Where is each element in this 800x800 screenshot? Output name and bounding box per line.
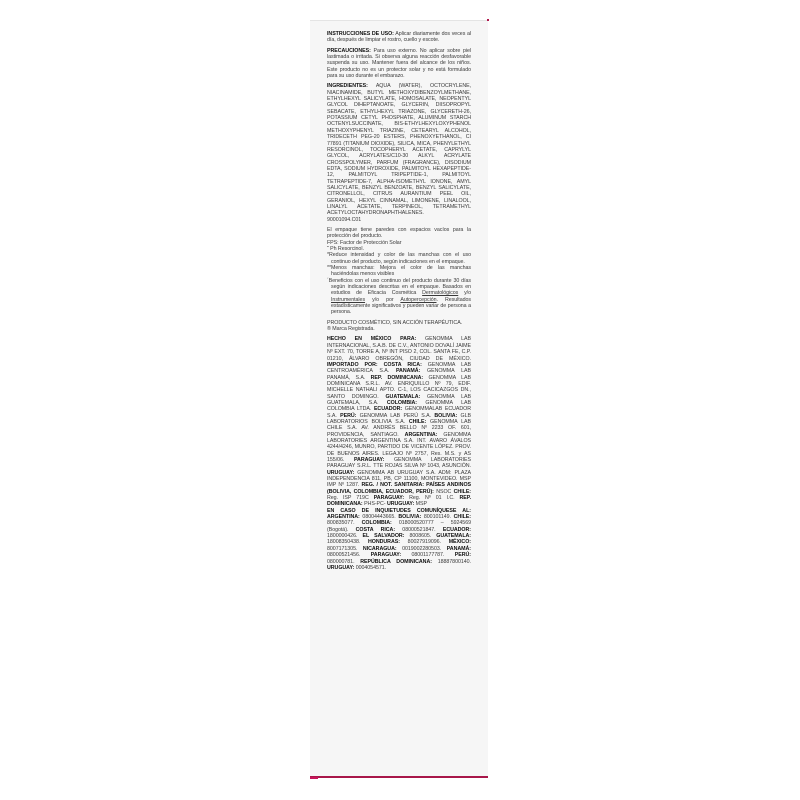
panel-corner-mark xyxy=(487,19,489,21)
entry-text: 0004054571. xyxy=(356,565,386,571)
benefits-term-selfperception: Autopercepción xyxy=(400,297,436,303)
note-item: El empaque tiene paredes con espacios va… xyxy=(327,227,471,240)
country-label: MÉXICO: xyxy=(449,539,471,545)
ingredients-text: AQUA (WATER), OCTOCRYLENE, NIACINAMIDE, … xyxy=(327,83,471,216)
contact-entry: BOLIVIA: 800101149. xyxy=(398,514,453,520)
entry-text: 800101149. xyxy=(424,514,454,520)
note-item: **Menos manchas: Mejora el color de las … xyxy=(327,265,471,278)
country-label: ARGENTINA: xyxy=(327,514,362,520)
precautions-label: PRECAUCIONES: xyxy=(327,48,371,54)
precautions-section: PRECAUCIONES: Para uso externo. No aplic… xyxy=(327,48,471,80)
entry-text: 08000521847. xyxy=(402,527,443,533)
contact-entry: REPÚBLICA DOMINICANA: 18887800140. xyxy=(360,559,471,565)
cosmetic-notice: PRODUCTO COSMÉTICO, SIN ACCIÓN TERAPÉUTI… xyxy=(327,320,462,326)
ingredients-label: INGREDIENTES: xyxy=(327,83,368,89)
entry-text: 18887800140. xyxy=(438,559,471,565)
contact-entry: NICARAGUA: 0019002280503. xyxy=(363,546,447,552)
country-label: BOLIVIA: xyxy=(434,413,460,419)
contact-entry: PARAGUAY: 08001177787. xyxy=(371,552,455,558)
country-label: COLOMBIA: xyxy=(387,400,426,406)
country-label: PANAMÁ: xyxy=(447,546,471,552)
entry-text: 08000521456. xyxy=(327,552,371,558)
contact-entry: ARGENTINA: 08004443665. xyxy=(327,514,398,520)
note-item: *Reduce intensidad y color de las mancha… xyxy=(327,252,471,265)
contact-list: ARGENTINA: 08004443665. BOLIVIA: 8001011… xyxy=(327,514,471,571)
label-text: INSTRUCCIONES DE USO: Aplicar diariament… xyxy=(327,31,471,575)
registration-entry: PARAGUAY: Reg. Nº 01 I.C. xyxy=(374,495,460,501)
importer-entry: PERÚ: GENOMMA LAB PERÚ S.A. xyxy=(340,413,434,419)
entry-text: 080000781. xyxy=(327,559,360,565)
ingredients-code: 90001094.C01 xyxy=(327,217,361,223)
benefits-note: ´Beneficios con el uso continuo del prod… xyxy=(327,278,471,316)
manufacturer-label: HECHO EN MÉXICO PARA: xyxy=(327,336,416,342)
trademark-notice: ® Marca Registrada. xyxy=(327,326,375,332)
importers-label: IMPORTADO POR: xyxy=(327,362,378,368)
contact-entry: HONDURAS: 80027919096. xyxy=(368,539,449,545)
entry-text: 08001177787. xyxy=(411,552,454,558)
importers-list: COSTA RICA: GENOMMA LAB CENTROAMÉRICA S.… xyxy=(327,362,471,489)
country-label: CHILE: xyxy=(454,514,471,520)
entry-text: MSP xyxy=(416,501,427,507)
entry-text: GENOMMA LAB PERÚ S.A. xyxy=(360,413,435,419)
entry-text: 18008350438. xyxy=(327,539,368,545)
country-label: URUGUAY: xyxy=(387,501,416,507)
country-label: COLOMBIA: xyxy=(362,520,399,526)
country-label: ARGENTINA: xyxy=(405,432,444,438)
notes-section: El empaque tiene paredes con espacios va… xyxy=(327,227,471,316)
country-label: REPÚBLICA DOMINICANA: xyxy=(360,559,437,565)
country-label: REP. DOMINICANA: xyxy=(371,375,429,381)
country-label: ECUADOR: xyxy=(374,406,405,412)
country-label: COSTA RICA: xyxy=(384,362,428,368)
country-label: PERÚ: xyxy=(340,413,360,419)
ingredients-section: INGREDIENTES: AQUA (WATER), OCTOCRYLENE,… xyxy=(327,83,471,223)
contact-entry: URUGUAY: 0004054571. xyxy=(327,565,386,571)
instructions-section: INSTRUCCIONES DE USO: Aplicar diariament… xyxy=(327,31,471,44)
country-label: GUATEMALA: xyxy=(385,394,427,400)
benefits-term-dermatological: Dermatológicos xyxy=(422,290,458,296)
entry-text: 8007171305. xyxy=(327,546,363,552)
registration-entry: URUGUAY: MSP xyxy=(387,501,427,507)
country-label: PARAGUAY: xyxy=(371,552,412,558)
country-label: PARAGUAY: xyxy=(374,495,409,501)
entry-text: 800835077. xyxy=(327,520,362,526)
manufacturer-section: HECHO EN MÉXICO PARA: GENOMMA LAB INTERN… xyxy=(327,336,471,571)
entry-text: 0019002280503. xyxy=(402,546,447,552)
legal-section: PRODUCTO COSMÉTICO, SIN ACCIÓN TERAPÉUTI… xyxy=(327,320,471,333)
country-label: URUGUAY: xyxy=(327,565,356,571)
country-label: PANAMÁ: xyxy=(396,368,427,374)
entry-text: 80027919096. xyxy=(408,539,449,545)
entry-text: Reg. ISP 719C xyxy=(327,495,374,501)
country-label: HONDURAS: xyxy=(368,539,408,545)
benefits-text: y/o xyxy=(458,290,471,296)
benefits-text: y/o por xyxy=(365,297,400,303)
contact-label: EN CASO DE INQUIETUDES COMUNÍQUESE AL: xyxy=(327,508,471,514)
contact-entry: COSTA RICA: 08000521847. xyxy=(356,527,443,533)
instructions-label: INSTRUCCIONES DE USO: xyxy=(327,31,394,37)
registration-entry: NSOC xyxy=(436,489,453,495)
benefits-term-instrumental: Instrumentales xyxy=(331,297,365,303)
country-label: PERÚ: xyxy=(455,552,471,558)
country-label: CHILE: xyxy=(454,489,471,495)
entry-text: 08004443665. xyxy=(362,514,398,520)
country-label: ECUADOR: xyxy=(443,527,471,533)
country-label: BOLIVIA: xyxy=(398,514,424,520)
entry-text: NSOC xyxy=(436,489,453,495)
country-label: NICARAGUA: xyxy=(363,546,402,552)
country-label: COSTA RICA: xyxy=(356,527,403,533)
panel-foot-mark xyxy=(310,777,318,779)
country-label: URUGUAY: xyxy=(327,470,357,476)
entry-text: Reg. Nº 01 I.C. xyxy=(409,495,459,501)
entry-text: PHS-PC- xyxy=(364,501,387,507)
